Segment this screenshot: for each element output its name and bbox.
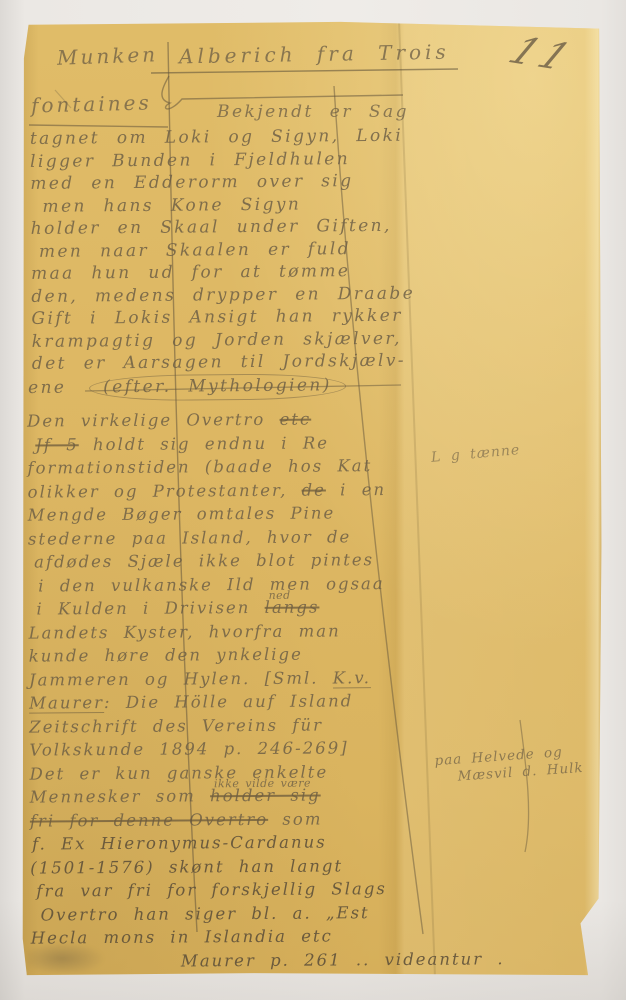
manuscript-text: Den virkelige Overtro <box>27 410 280 431</box>
manuscript-line: formationstiden (baade hos Kat <box>27 453 477 480</box>
bottom-right-pencil-stroke <box>520 720 529 852</box>
manuscript-line: (1501-1576) skønt han langt <box>30 853 480 880</box>
struck-text: de <box>302 480 326 499</box>
manuscript-text: ene <box>28 377 66 397</box>
struck-text: etc <box>279 410 311 429</box>
manuscript-line: afdødes Sjæle ikke blot pintes <box>34 547 478 574</box>
struck-text: fri for <box>30 810 114 830</box>
manuscript-line: ene (efter. Mythologien) <box>28 372 472 402</box>
manuscript-line: fri for denne Overtro som <box>30 806 480 833</box>
manuscript-line: Landets Kyster, hvorfra man <box>29 618 479 645</box>
manuscript-text: Jammeren og Hylen. [Sml. <box>29 668 333 689</box>
manuscript-line: i Kulden i Drivisen nedlangs <box>36 594 478 621</box>
manuscript-line: kunde høre den ynkelige <box>29 641 479 668</box>
manuscript-line: i den vulkanske Ild men ogsaa <box>38 571 478 598</box>
manuscript-text: Mennesker som <box>30 786 210 806</box>
manuscript-text: holdt sig endnu i Re <box>79 433 329 454</box>
opening-phrase: Bekjendt er Sag <box>217 102 409 122</box>
manuscript-line: Maurer: Die Hölle auf Island <box>29 688 479 715</box>
manuscript-paper: 11 Munken Alberich fra Trois fontaines B… <box>21 20 602 977</box>
manuscript-line: olikker og Protestanter, de i en <box>28 477 478 504</box>
underlined-text: Maurer <box>29 693 104 714</box>
inserted-words: ikke vilde være <box>214 772 311 796</box>
header-margin-word-2: fontaines <box>31 90 152 117</box>
manuscript-line: Jf 5 holdt sig endnu i Re <box>35 430 477 457</box>
manuscript-line: Jammeren og Hylen. [Sml. K.v. <box>29 665 479 692</box>
manuscript-line: Mengde Bøger omtales Pine <box>28 500 478 527</box>
manuscript-text: som <box>268 809 322 828</box>
manuscript-line: Mennesker som ikke vilde væreholder sig <box>30 782 480 809</box>
header-margin-word-1: Munken <box>57 42 159 70</box>
struck-text: denne Overtro <box>114 809 269 829</box>
struck-text: Jf 5 <box>35 435 79 454</box>
manuscript-text: i en <box>326 480 386 499</box>
circled-annotation: (efter. Mythologien) <box>89 373 346 402</box>
manuscript-line: f. Ex Hieronymus-Cardanus <box>32 829 480 856</box>
paper-smudge <box>27 942 105 972</box>
manuscript-line: Volkskunde 1894 p. 246-269] <box>29 735 479 762</box>
manuscript-line: Overtro han siger bl. a. „Est <box>40 900 480 927</box>
correction-group: ikke vilde væreholder sig <box>210 784 321 808</box>
manuscript-text: olikker og Protestanter, <box>28 480 302 501</box>
paragraph-superstition: Den virkelige Overtro etc Jf 5 holdt sig… <box>27 406 481 973</box>
manuscript-line: Zeitschrift des Vereins für <box>29 712 479 739</box>
manuscript-line: Maurer p. 261 .. videantur . <box>181 947 481 973</box>
manuscript-text: i Kulden i Drivisen <box>36 598 264 619</box>
paragraph-loki-myth: tagnet om Loki og Sigyn, Loki ligger Bun… <box>30 124 472 402</box>
inserted-word: ned <box>268 584 290 608</box>
photo-background: 11 Munken Alberich fra Trois fontaines B… <box>0 0 626 1000</box>
correction-group: nedlangs <box>265 596 320 620</box>
manuscript-line: fra var fri for forskjellig Slags <box>36 876 480 903</box>
underlined-text: K.v. <box>333 668 371 688</box>
manuscript-text: : Die Hölle auf Island <box>104 691 353 712</box>
manuscript-line: Den virkelige Overtro etc <box>27 406 477 433</box>
manuscript-line: stederne paa Island, hvor de <box>28 524 478 551</box>
header-title: Alberich fra Trois <box>179 40 450 69</box>
title-underline <box>151 69 458 73</box>
